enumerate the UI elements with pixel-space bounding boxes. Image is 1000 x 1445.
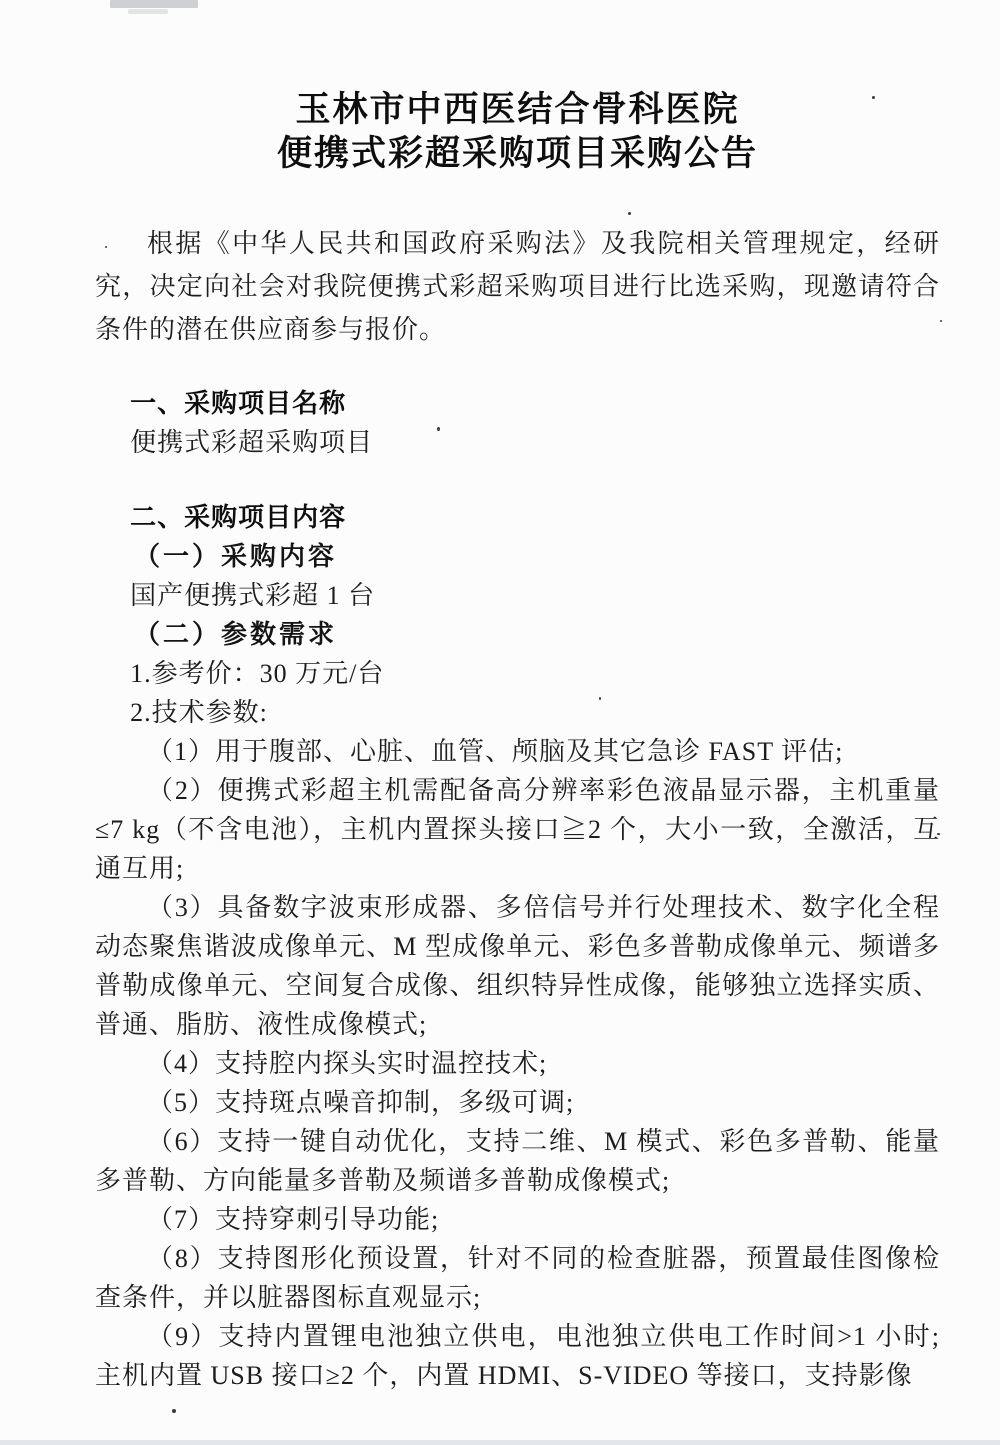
section-2-heading: 二、采购项目内容 [95,498,940,537]
document-title: 玉林市中西医结合骨科医院 便携式彩超采购项目采购公告 [95,88,940,176]
subsection-2-heading: （二）参数需求 [95,615,940,654]
spec-item-9: （9）支持内置锂电池独立供电，电池独立供电工作时间>1 小时; 主机内置 USB… [95,1317,940,1395]
param-reference-price: 1.参考价：30 万元/台 [95,654,940,693]
scan-speck-artifact [172,1409,176,1413]
param-tech-label: 2.技术参数: [95,693,940,732]
section-1-heading: 一、采购项目名称 [95,384,940,423]
spec-item-8: （8）支持图形化预设置，针对不同的检查脏器，预置最佳图像检查条件，并以脏器图标直… [95,1239,940,1317]
subsection-1-body: 国产便携式彩超 1 台 [95,576,940,615]
spec-item-6: （6）支持一键自动优化，支持二维、M 模式、彩色多普勒、能量多普勒、方向能量多普… [95,1122,940,1200]
subsection-1-heading: （一）采购内容 [95,537,940,576]
spec-item-3: （3）具备数字波束形成器、多倍信号并行处理技术、数字化全程动态聚焦谐波成像单元、… [95,888,940,1044]
scan-edge-artifact [0,1440,1000,1445]
section-1-body: 便携式彩超采购项目 [95,423,940,462]
scanned-document-page: 玉林市中西医结合骨科医院 便携式彩超采购项目采购公告 根据《中华人民共和国政府采… [0,0,1000,1445]
spec-item-5: （5）支持斑点噪音抑制，多级可调; [95,1083,940,1122]
intro-paragraph: 根据《中华人民共和国政府采购法》及我院相关管理规定，经研究，决定向社会对我院便携… [95,222,940,351]
document-title-line2: 便携式彩超采购项目采购公告 [95,132,940,176]
spec-item-1: （1）用于腹部、心脏、血管、颅脑及其它急诊 FAST 评估; [95,732,940,771]
document-title-line1: 玉林市中西医结合骨科医院 [95,88,940,132]
spec-item-2: （2）便携式彩超主机需配备高分辨率彩色液晶显示器，主机重量≤7 kg（不含电池）… [95,771,940,888]
spec-item-7: （7）支持穿刺引导功能; [95,1200,940,1239]
spec-item-4: （4）支持腔内探头实时温控技术; [95,1044,940,1083]
document-body: 玉林市中西医结合骨科医院 便携式彩超采购项目采购公告 根据《中华人民共和国政府采… [95,0,940,1395]
scan-speck-artifact [940,320,942,322]
